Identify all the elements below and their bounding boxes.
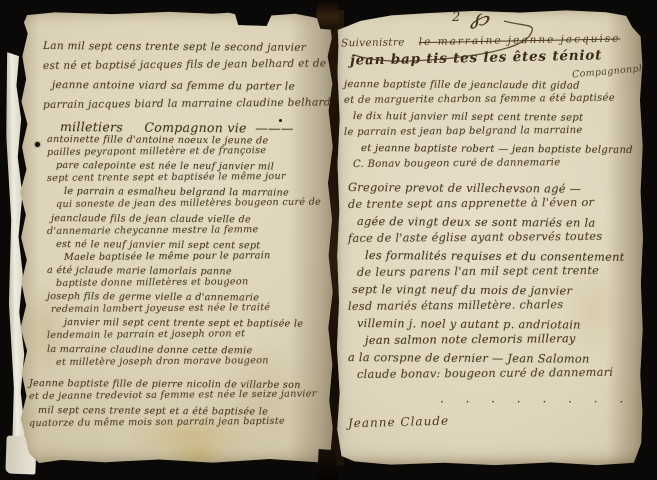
manuscript-line: redemain lambert joyeuse est née le trai…	[51, 301, 325, 316]
manuscript-line: pailles peyrapont milletère et de franço…	[47, 144, 325, 160]
manuscript-line: lendemain le parrain et joseph oron et	[47, 327, 325, 343]
manuscript-line: et de marguerite charbon sa femme a été …	[344, 91, 638, 110]
struck-through-text: le marraine jeanne jacquise	[419, 33, 621, 49]
cancelled-line-lead: Suivenistre	[341, 36, 405, 49]
manuscript-line: jean salmon note clemoris milleray	[365, 330, 640, 349]
binding-strap-top	[316, 0, 340, 30]
manuscript-line: lesd mariés étans milletère. charles	[348, 295, 640, 315]
signature-jeanne-claude: Jeanne Claude	[348, 414, 449, 431]
baptism-record-block: jeanne baptiste fille de jeanclaude dit …	[344, 77, 638, 174]
manuscript-line: d'annemarie cheycanne mestre la femme	[47, 222, 325, 238]
page-number: 2	[452, 10, 461, 25]
manuscript-line: le parrain est jean bap belgrand la marr…	[344, 123, 638, 142]
baptism-record-block: Lan mil sept cens trente sept le second …	[43, 37, 323, 137]
paper-stain	[167, 441, 227, 471]
manuscript-line: C. Bonav bougeon curé de dannemarie	[353, 155, 638, 174]
manuscript-line: claude bonav: bougeon curé de dannemari	[357, 364, 640, 383]
manuscript-line: sept cent trente sept et baptisée le mêm…	[47, 170, 325, 186]
manuscript-line: de trente sept ans apprenette à l'éven o…	[348, 193, 640, 213]
manuscript-line: est né et baptisé jacques fils de jean b…	[43, 54, 323, 76]
manuscript-scan: Lan mil sept cens trente sept le second …	[0, 0, 657, 480]
manuscript-line: qui soneste de jean des milletères bouge…	[56, 196, 325, 211]
baptism-record-block: Jeanne baptiste fille de pierre nicolin …	[29, 377, 329, 431]
binding-strap-bottom	[317, 449, 338, 480]
manuscript-line: Maele baptisée le même pour le parrain	[64, 249, 325, 264]
wormhole-mark	[35, 142, 40, 147]
ink-dots-row: · · · · · · · ·	[440, 395, 632, 409]
left-page: Lan mil sept cens trente sept le second …	[17, 11, 333, 464]
manuscript-line: face de l'aste église ayant observés tou…	[348, 227, 640, 247]
baptism-record-block: antoinette fille d'antoine noeux le jeun…	[47, 133, 325, 369]
paraph-flourish-icon: ℘	[469, 2, 491, 33]
marriage-record-block: Gregoire prevot de villechevson agé —de …	[348, 179, 640, 383]
manuscript-line: baptiste donne milletères et bougeon	[56, 275, 325, 290]
entry-title-line: jean bap tis tes les êtes téniot	[350, 47, 602, 68]
manuscript-line: et de jeanne tredeviot sa femme est née …	[29, 388, 329, 404]
right-page: 2 ℘ Suivenistrele marraine jeanne jacqui…	[336, 9, 643, 466]
manuscript-line: de leurs parens l'an mil sept cent trent…	[357, 262, 640, 281]
manuscript-line: quatorze du même mois son parrain jean b…	[29, 415, 329, 431]
manuscript-line: et milletère joseph dron morave bougeon	[56, 353, 325, 368]
manuscript-line: parrain jacques biard la marraine claudi…	[43, 93, 323, 115]
